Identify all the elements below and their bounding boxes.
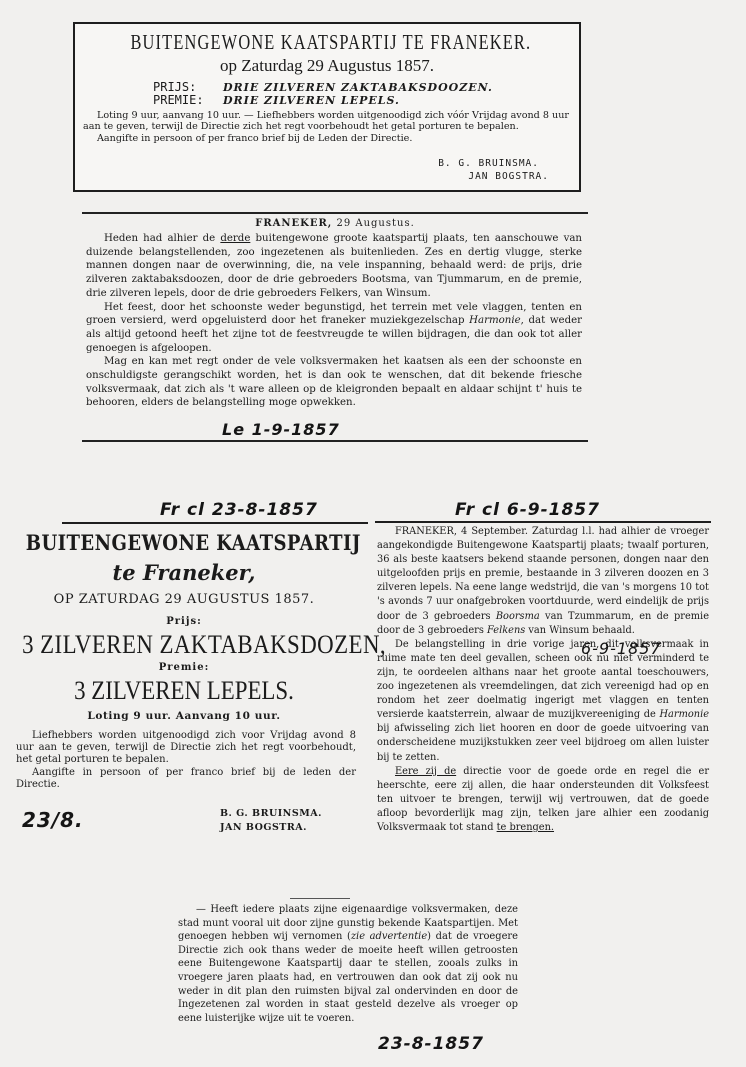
premium-line: PREMIE:DRIE ZILVEREN LEPELS.	[153, 93, 400, 107]
report-body: FRANEKER, 4 September. Zaturdag l.l. had…	[377, 525, 709, 835]
schedule: Loting 9 uur. Aanvang 10 uur.	[0, 710, 368, 722]
report-paragraph: Eere zij de directie voor de goede orde …	[377, 765, 709, 835]
handwritten-source: Fr cl 6-9-1857	[455, 500, 600, 520]
ad-paragraph: Liefhebbers worden uitgenoodigd zich voo…	[16, 730, 356, 767]
handwritten-date: 6-9-1857	[581, 639, 662, 658]
premium-value: DRIE ZILVEREN LEPELS.	[223, 94, 400, 107]
ad-body: Liefhebbers worden uitgenoodigd zich voo…	[16, 730, 356, 791]
premium-label: PREMIE:	[153, 93, 223, 107]
report-paragraph: Mag en kan met regt onder de vele volksv…	[86, 355, 582, 410]
report-paragraph: FRANEKER, 4 September. Zaturdag l.l. had…	[377, 525, 709, 638]
signature: JAN BOGSTRA.	[468, 171, 549, 182]
ad-date: OP ZATURDAG 29 AUGUSTUS 1857.	[0, 592, 368, 607]
handwritten-note: Le 1-9-1857	[222, 420, 340, 439]
prize-label: PRIJS:	[153, 80, 223, 94]
prize-label: Prijs:	[0, 616, 368, 627]
handwritten-source: Fr cl 23-8-1857	[160, 500, 318, 520]
premium-value: 3 ZILVEREN LEPELS.	[22, 676, 346, 706]
ad-body: Loting 9 uur, aanvang 10 uur. — Liefhebb…	[83, 110, 569, 144]
article-paragraph: — Heeft iedere plaats zijne eigenaardige…	[178, 903, 518, 1025]
handwritten-note: 23/8.	[22, 808, 84, 832]
top-rule	[62, 522, 368, 524]
report-heading: FRANEKER, 29 Augustus.	[82, 218, 588, 229]
advertisement-clipping-large: BUITENGEWONE KAATSPARTIJ te Franeker, OP…	[0, 520, 368, 840]
prize-line: PRIJS:DRIE ZILVEREN ZAKTABAKSDOOZEN.	[153, 80, 493, 94]
news-report-clipping: FRANEKER, 29 Augustus. Heden had alhier …	[82, 208, 588, 448]
top-rule	[375, 521, 711, 523]
heading-date: 29 Augustus.	[336, 218, 414, 229]
handwritten-note: 23-8-1857	[378, 1034, 484, 1054]
ad-subtitle: te Franeker,	[0, 560, 368, 585]
signature: B. G. BRUINSMA.	[438, 158, 539, 169]
report-paragraph: Het feest, door het schoonste weder begu…	[86, 301, 582, 356]
advertisement-clipping-boxed: BUITENGEWONE KAATSPARTIJ TE FRANEKER. op…	[73, 22, 581, 192]
prize-value: 3 ZILVEREN ZAKTABAKSDOZEN,	[22, 630, 346, 660]
report-clipping-right: FRANEKER, 4 September. Zaturdag l.l. had…	[373, 521, 711, 891]
premium-label: Premie:	[0, 662, 368, 673]
ad-date: op Zaturdag 29 Augustus 1857.	[75, 56, 579, 76]
ad-paragraph: Aangifte in persoon of per franco brief …	[83, 133, 569, 144]
ad-title: BUITENGEWONE KAATSPARTIJ TE FRANEKER.	[130, 30, 523, 55]
report-body: Heden had alhier de derde buitengewone g…	[86, 232, 582, 410]
report-paragraph: Heden had alhier de derde buitengewone g…	[86, 232, 582, 301]
separator-rule	[290, 898, 350, 899]
signature: JAN BOGSTRA.	[220, 822, 307, 833]
bottom-article-clipping: — Heeft iedere plaats zijne eigenaardige…	[178, 903, 518, 1053]
ad-paragraph: Loting 9 uur, aanvang 10 uur. — Liefhebb…	[83, 110, 569, 133]
heading-place: FRANEKER,	[255, 218, 332, 229]
top-rule	[82, 212, 588, 214]
bottom-rule	[82, 440, 588, 442]
signature: B. G. BRUINSMA.	[220, 808, 322, 819]
ad-title: BUITENGEWONE KAATSPARTIJ	[26, 530, 342, 555]
ad-paragraph: Aangifte in persoon of per franco brief …	[16, 767, 356, 791]
article-body: — Heeft iedere plaats zijne eigenaardige…	[178, 903, 518, 1025]
